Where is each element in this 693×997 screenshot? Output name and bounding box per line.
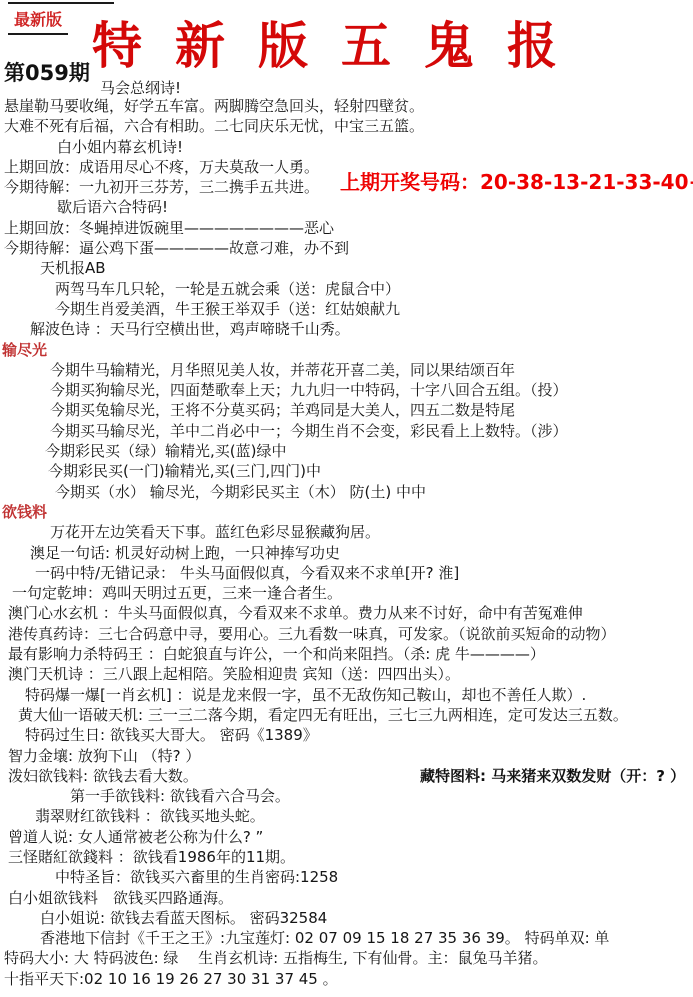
line-text: 上期回放：成语用尽心不疼，万夫莫敌一人勇。 [4,158,319,176]
text-line: 今期待解：逼公鸡下蛋—————故意刁难，办不到 [0,238,693,258]
hidden-picture-tip: 藏特图料: 马来猪来双数发财（开：? ） [420,766,685,786]
line-text: 今期待解：逼公鸡下蛋—————故意刁难，办不到 [4,239,349,257]
line-text: 白小姐内幕玄机诗! [57,138,183,156]
line-text: 白小姐欲钱料 欲钱买四路通海。 [8,889,233,907]
content-lines: 悬崖勒马要收绳，好学五车富。两脚腾空急回头，轻射四壁贫。大难不死有后福，六合有相… [0,96,693,989]
line-text: 今期待解：一九初开三芬芳，三二携手五共进。 [4,178,319,196]
line-text: 澳门心水玄机 ：牛头马面假似真，今看双来不求单。费力从来不讨好，命中有苦冤难伸 [8,604,583,622]
text-line: 三怪賭紅欲錢料 ：欲钱看1986年的11期。 [0,847,693,867]
line-text: 特码过生日: 欲钱买大哥大。 密码《1389》 [25,726,318,744]
text-line: 智力金壤: 放狗下山 （特? ） [0,746,693,766]
text-line: 翡翠财红欲钱料 ：欲钱买地头蛇。 [0,806,693,826]
line-text: 万花开左边笑看天下事。蓝红色彩尽显猴藏狗居。 [50,523,380,541]
text-line: 今期生肖爱美酒，牛王猴王举双手（送：红姑娘献九 [0,299,693,319]
line-text: 今期彩民买（绿）输精光,买(蓝)绿中 [45,442,286,460]
text-line: 一句定乾坤：鸡叫天明过五更，三来一逢合者生。 [0,583,693,603]
text-line: 特码过生日: 欲钱买大哥大。 密码《1389》 [0,725,693,745]
page: 最新版 特新版五鬼报 第059期 马会总纲诗! 悬崖勒马要收绳，好学五车富。两脚… [0,0,693,997]
text-line: 今期牛马输精光，月华照见美人妆，并蒂花开喜二美，同以果结颂百年 [0,360,693,380]
line-text: 三怪賭紅欲錢料 ：欲钱看1986年的11期。 [8,848,295,866]
line-text: 白小姐说: 欲钱去看蓝天图标。 密码32584 [40,909,327,927]
text-line: 澳门天机诗 ：三八跟上起相陪。笑脸相迎贵 宾知（送：四四出头）。 [0,664,693,684]
line-text: 澳足一句话: 机灵好动树上跑，一只神捧写功史 [30,544,340,562]
line-text: 欲钱料 [2,503,47,521]
text-line: 今期待解：一九初开三芬芳，三二携手五共进。上期开奖号码：20-38-13-21-… [0,177,693,197]
text-line: 大难不死有后福，六合有相助。二七同庆乐无忧，中宝三五篮。 [0,116,693,136]
text-line: 今期彩民买（绿）输精光,买(蓝)绿中 [0,441,693,461]
text-line: 中特圣旨：欲钱买六畜里的生肖密码:1258 [0,867,693,887]
line-text: 解波色诗 ：天马行空横出世，鸡声啼晓千山秀。 [30,320,350,338]
text-line: 今期买狗输尽光，四面楚歌奉上天；九九归一中特码，十字八回合五组。（投） [0,380,693,400]
text-line: 两驾马车几只轮，一轮是五就会乘（送：虎鼠合中） [0,279,693,299]
text-line: 特码大小: 大 特码波色: 绿 生肖玄机诗: 五指梅生, 下有仙骨。主：鼠兔马羊… [0,948,693,968]
text-line: 今期买兔输尽光，王将不分莫买码；羊鸡同是大美人，四五二数是特尾 [0,400,693,420]
text-line: 澳门心水玄机 ：牛头马面假似真，今看双来不求单。费力从来不讨好，命中有苦冤难伸 [0,603,693,623]
text-line: 解波色诗 ：天马行空横出世，鸡声啼晓千山秀。 [0,319,693,339]
line-text: 十指平天下:02 10 16 19 26 27 30 31 37 45 。 [4,970,338,988]
last-draw-numbers: 上期开奖号码：20-38-13-21-33-40+31 [340,172,693,192]
text-line: 十指平天下:02 10 16 19 26 27 30 31 37 45 。 [0,969,693,989]
line-text: 一码中特/无错记录： 牛头马面假似真，今看双来不求单[开? 淮] [35,564,459,582]
line-text: 天机报AB [40,259,106,277]
text-line: 歇后语六合特码! [0,197,693,217]
text-line: 今期买（水） 输尽光，今期彩民买主（木） 防(土) 中中 [0,482,693,502]
line-text: 香港地下信封《千王之王》:九宝莲灯: 02 07 09 15 18 27 35 … [40,929,609,947]
line-text: 输尽光 [2,341,47,359]
line-text: 泼妇欲钱料: 欲钱去看大数。 [8,767,198,785]
line-text: 大难不死有后福，六合有相助。二七同庆乐无忧，中宝三五篮。 [4,117,424,135]
section-label-yuqianliao: 欲钱料 [0,502,693,522]
line-text: 澳门天机诗 ：三八跟上起相陪。笑脸相迎贵 宾知（送：四四出头）。 [8,665,460,683]
page-title: 特新版五鬼报 [92,20,590,73]
line-text: 最有影响力杀特码王 ：白蛇狼直与许公，一个和尚来阻挡。（杀: 虎 牛————） [8,645,545,663]
section-label-shujinguang: 输尽光 [0,340,693,360]
line-text: 翡翠财红欲钱料 ：欲钱买地头蛇。 [35,807,265,825]
line-text: 今期牛马输精光，月华照见美人妆，并蒂花开喜二美，同以果结颂百年 [50,361,515,379]
text-line: 今期买马输尽光，羊中二肖必中一；今期生肖不会变，彩民看上上数特。（涉） [0,421,693,441]
line-text: 港传真药诗：三七合码意中寻，要用心。三九看数一味真，可发家。（说欲前买短命的动物… [8,625,616,643]
line-text: 悬崖勒马要收绳，好学五车富。两脚腾空急回头，轻射四壁贫。 [4,97,424,115]
line-text: 上期回放：冬蝇掉进饭碗里————————恶心 [4,219,334,237]
text-line: 港传真药诗：三七合码意中寻，要用心。三九看数一味真，可发家。（说欲前买短命的动物… [0,624,693,644]
line-text: 曾道人说: 女人通常被老公称为什么? ” [8,828,263,846]
line-text: 今期生肖爱美酒，牛王猴王举双手（送：红姑娘献九 [55,300,400,318]
line-text: 一句定乾坤：鸡叫天明过五更，三来一逢合者生。 [12,584,342,602]
line-text: 今期买狗输尽光，四面楚歌奉上天；九九归一中特码，十字八回合五组。（投） [50,381,568,399]
text-line: 特码爆一爆[一肖玄机] ：说是龙来假一字，虽不无敌伤知己鞍山，却也不善任人欺）. [0,685,693,705]
issue-number: 第059期 [4,57,90,87]
badge-underline [8,33,68,35]
text-line: 悬崖勒马要收绳，好学五车富。两脚腾空急回头，轻射四壁贫。 [0,96,693,116]
text-line: 泼妇欲钱料: 欲钱去看大数。藏特图料: 马来猪来双数发财（开：? ） [0,766,693,786]
line-text: 两驾马车几只轮，一轮是五就会乘（送：虎鼠合中） [55,280,400,298]
line-text: 特码大小: 大 特码波色: 绿 生肖玄机诗: 五指梅生, 下有仙骨。主：鼠兔马羊… [4,949,548,967]
text-line: 万花开左边笑看天下事。蓝红色彩尽显猴藏狗居。 [0,522,693,542]
general-outline-heading: 马会总纲诗! [100,77,181,98]
line-text: 中特圣旨：欲钱买六畜里的生肖密码:1258 [55,868,338,886]
line-text: 今期买（水） 输尽光，今期彩民买主（木） 防(土) 中中 [55,483,426,501]
line-text: 今期买兔输尽光，王将不分莫买码；羊鸡同是大美人，四五二数是特尾 [50,401,515,419]
line-text: 第一手欲钱料: 欲钱看六合马会。 [70,787,290,805]
text-line: 澳足一句话: 机灵好动树上跑，一只神捧写功史 [0,543,693,563]
text-line: 黄大仙一语破天机: 三一三二落今期，看定四无有旺出，三七三九两相连，定可发达三五… [0,705,693,725]
line-text: 今期买马输尽光，羊中二肖必中一；今期生肖不会变，彩民看上上数特。（涉） [50,422,568,440]
line-text: 今期彩民买(一门)输精光,买(三门,四门)中 [48,462,321,480]
text-line: 今期彩民买(一门)输精光,买(三门,四门)中 [0,461,693,481]
text-line: 上期回放：冬蝇掉进饭碗里————————恶心 [0,218,693,238]
text-line: 天机报AB [0,258,693,278]
text-line: 白小姐内幕玄机诗! [0,137,693,157]
line-text: 特码爆一爆[一肖玄机] ：说是龙来假一字，虽不无敌伤知己鞍山，却也不善任人欺）. [25,686,586,704]
line-text: 智力金壤: 放狗下山 （特? ） [8,747,200,765]
text-line: 白小姐说: 欲钱去看蓝天图标。 密码32584 [0,908,693,928]
text-line: 一码中特/无错记录： 牛头马面假似真，今看双来不求单[开? 淮] [0,563,693,583]
line-text: 歇后语六合特码! [57,198,168,216]
text-line: 白小姐欲钱料 欲钱买四路通海。 [0,888,693,908]
text-line: 第一手欲钱料: 欲钱看六合马会。 [0,786,693,806]
text-line: 最有影响力杀特码王 ：白蛇狼直与许公，一个和尚来阻挡。（杀: 虎 牛————） [0,644,693,664]
line-text: 黄大仙一语破天机: 三一三二落今期，看定四无有旺出，三七三九两相连，定可发达三五… [18,706,628,724]
page-header: 最新版 特新版五鬼报 第059期 马会总纲诗! [0,0,693,96]
text-line: 曾道人说: 女人通常被老公称为什么? ” [0,827,693,847]
text-line: 香港地下信封《千王之王》:九宝莲灯: 02 07 09 15 18 27 35 … [0,928,693,948]
